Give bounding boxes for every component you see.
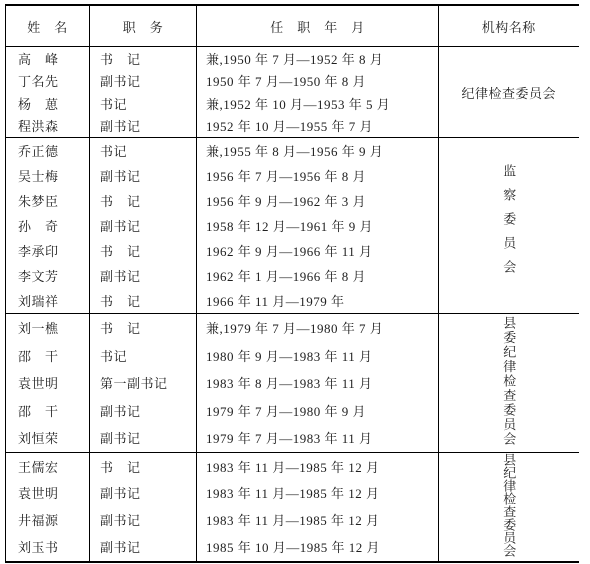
name-cell: 袁世明 <box>6 369 90 397</box>
header-row: 姓 名 职 务 任 职 年 月 机构名称 <box>6 5 579 47</box>
title-cell: 书 记 <box>90 314 197 342</box>
name-cell: 刘玉书 <box>6 533 90 561</box>
header-term: 任 职 年 月 <box>197 5 439 47</box>
table-row: 高 峰书 记兼,1950 年 7 月—1952 年 8 月纪律检查委员会 <box>6 47 579 70</box>
name-cell: 刘一樵 <box>6 314 90 342</box>
term-cell: 1980 年 9 月—1983 年 11 月 <box>197 342 439 370</box>
title-cell: 副书记 <box>90 115 197 138</box>
org-cell: 监察委员会 <box>439 138 579 314</box>
term-cell: 1983 年 11 月—1985 年 12 月 <box>197 506 439 533</box>
scanned-document-page: 姓 名 职 务 任 职 年 月 机构名称 高 峰书 记兼,1950 年 7 月—… <box>0 0 590 564</box>
term-cell: 1956 年 9 月—1962 年 3 月 <box>197 188 439 213</box>
name-cell: 李文芳 <box>6 263 90 288</box>
table-row: 乔正德书记兼,1955 年 8 月—1956 年 9 月监察委员会 <box>6 138 579 164</box>
name-cell: 丁名先 <box>6 70 90 93</box>
term-cell: 兼,1950 年 7 月—1952 年 8 月 <box>197 47 439 70</box>
term-cell: 1985 年 10 月—1985 年 12 月 <box>197 533 439 561</box>
org-cell: 县委纪律检查委员会 <box>439 314 579 453</box>
title-cell: 书 记 <box>90 452 197 480</box>
term-cell: 1979 年 7 月—1983 年 11 月 <box>197 424 439 452</box>
term-cell: 1962 年 1 月—1966 年 8 月 <box>197 263 439 288</box>
table-header: 姓 名 职 务 任 职 年 月 机构名称 <box>6 5 579 47</box>
title-cell: 副书记 <box>90 263 197 288</box>
term-cell: 1966 年 11 月—1979 年 <box>197 288 439 314</box>
term-cell: 1952 年 10 月—1955 年 7 月 <box>197 115 439 138</box>
name-cell: 邵 干 <box>6 397 90 425</box>
title-cell: 书 记 <box>90 288 197 314</box>
name-cell: 朱梦臣 <box>6 188 90 213</box>
name-cell: 井福源 <box>6 506 90 533</box>
title-cell: 书 记 <box>90 238 197 263</box>
term-cell: 1950 年 7 月—1950 年 8 月 <box>197 70 439 93</box>
name-cell: 高 峰 <box>6 47 90 70</box>
name-cell: 李承印 <box>6 238 90 263</box>
title-cell: 副书记 <box>90 424 197 452</box>
name-cell: 袁世明 <box>6 480 90 507</box>
org-vertical-label: 县委纪律检查委员会 <box>502 316 515 447</box>
title-cell: 书记 <box>90 342 197 370</box>
term-cell: 1983 年 11 月—1985 年 12 月 <box>197 480 439 507</box>
title-cell: 副书记 <box>90 506 197 533</box>
title-cell: 书 记 <box>90 47 197 70</box>
name-cell: 孙 奇 <box>6 213 90 238</box>
title-cell: 书记 <box>90 92 197 115</box>
term-cell: 兼,1955 年 8 月—1956 年 9 月 <box>197 138 439 164</box>
table-row: 王儒宏书 记1983 年 11 月—1985 年 12 月县纪律检查委员会 <box>6 452 579 480</box>
name-cell: 杨 葸 <box>6 92 90 115</box>
name-cell: 王儒宏 <box>6 452 90 480</box>
table-body: 高 峰书 记兼,1950 年 7 月—1952 年 8 月纪律检查委员会丁名先副… <box>6 47 579 562</box>
title-cell: 第一副书记 <box>90 369 197 397</box>
officials-roster-table: 姓 名 职 务 任 职 年 月 机构名称 高 峰书 记兼,1950 年 7 月—… <box>5 4 579 563</box>
name-cell: 程洪森 <box>6 115 90 138</box>
term-cell: 1962 年 9 月—1966 年 11 月 <box>197 238 439 263</box>
title-cell: 书 记 <box>90 188 197 213</box>
term-cell: 1979 年 7 月—1980 年 9 月 <box>197 397 439 425</box>
term-cell: 兼,1952 年 10 月—1953 年 5 月 <box>197 92 439 115</box>
name-cell: 吴士梅 <box>6 163 90 188</box>
org-cell: 纪律检查委员会 <box>439 47 579 138</box>
title-cell: 书记 <box>90 138 197 164</box>
org-vertical-label: 县纪律检查委员会 <box>502 453 515 557</box>
title-cell: 副书记 <box>90 480 197 507</box>
name-cell: 刘恒荣 <box>6 424 90 452</box>
table-row: 刘一樵书 记兼,1979 年 7 月—1980 年 7 月县委纪律检查委员会 <box>6 314 579 342</box>
header-name: 姓 名 <box>6 5 90 47</box>
header-org: 机构名称 <box>439 5 579 47</box>
name-cell: 刘瑞祥 <box>6 288 90 314</box>
term-cell: 1958 年 12 月—1961 年 9 月 <box>197 213 439 238</box>
title-cell: 副书记 <box>90 397 197 425</box>
title-cell: 副书记 <box>90 533 197 561</box>
org-cell: 县纪律检查委员会 <box>439 452 579 562</box>
term-cell: 兼,1979 年 7 月—1980 年 7 月 <box>197 314 439 342</box>
name-cell: 邵 干 <box>6 342 90 370</box>
title-cell: 副书记 <box>90 163 197 188</box>
term-cell: 1956 年 7 月—1956 年 8 月 <box>197 163 439 188</box>
term-cell: 1983 年 11 月—1985 年 12 月 <box>197 452 439 480</box>
title-cell: 副书记 <box>90 70 197 93</box>
name-cell: 乔正德 <box>6 138 90 164</box>
term-cell: 1983 年 8 月—1983 年 11 月 <box>197 369 439 397</box>
org-vertical-label: 监察委员会 <box>502 164 515 284</box>
header-title: 职 务 <box>90 5 197 47</box>
title-cell: 副书记 <box>90 213 197 238</box>
